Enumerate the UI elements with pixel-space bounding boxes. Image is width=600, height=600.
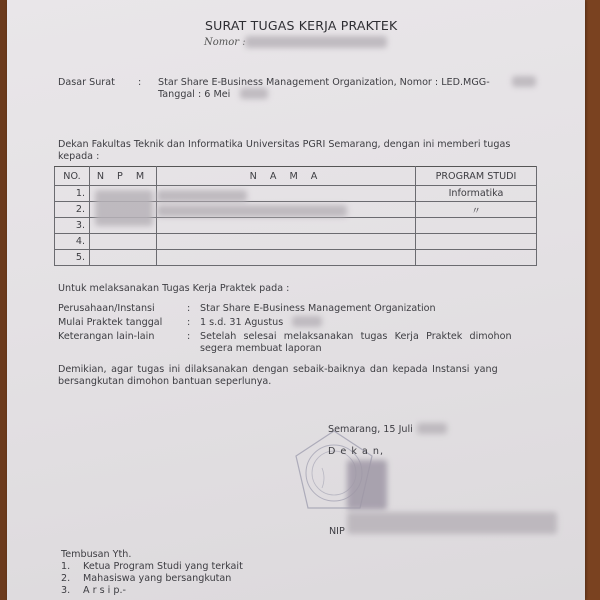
row-nama	[157, 250, 416, 266]
cc-item: A r s i p.-	[83, 585, 126, 596]
intro-line1: Dekan Fakultas Teknik dan Informatika Un…	[58, 139, 510, 150]
cc-item: Mahasiswa yang bersangkutan	[83, 573, 231, 584]
signature-place-date: Semarang, 15 Juli	[328, 424, 413, 435]
redacted-npm	[95, 190, 153, 226]
redacted-nomor-ref	[512, 76, 536, 87]
row-no: 5.	[55, 250, 90, 266]
redacted-nomor	[245, 36, 387, 48]
closing-line1: Demikian, agar tugas ini dilaksanakan de…	[58, 364, 498, 375]
redacted-name-nip	[347, 512, 557, 534]
dasar-surat-line1: Star Share E-Business Management Organiz…	[158, 77, 490, 88]
table-row: 4.	[55, 234, 537, 250]
row-no: 1.	[55, 186, 90, 202]
detail-sep: :	[187, 303, 190, 314]
closing-line2: bersangkutan dimohon bantuan seperlunya.	[58, 376, 271, 387]
cc-title: Tembusan Yth.	[61, 549, 131, 560]
task-intro: Untuk melaksanakan Tugas Kerja Praktek p…	[58, 283, 289, 294]
row-prodi: Informatika	[416, 186, 537, 202]
document-title: SURAT TUGAS KERJA PRAKTEK	[205, 18, 397, 33]
letter-paper: SURAT TUGAS KERJA PRAKTEK Nomor : Dasar …	[7, 0, 585, 600]
intro-line2: kepada :	[58, 151, 99, 162]
cc-item-no: 1.	[61, 561, 70, 572]
redacted-name-1	[157, 190, 247, 202]
nip-label: NIP	[329, 526, 345, 537]
detail-value-keterangan: Setelah selesai melaksanakan tugas Kerja…	[200, 331, 512, 342]
detail-label-mulai: Mulai Praktek tanggal	[58, 317, 162, 328]
row-no: 2.	[55, 202, 90, 218]
detail-value-perusahaan: Star Share E-Business Management Organiz…	[200, 303, 436, 314]
detail-sep: :	[187, 331, 190, 342]
table-header-row: NO. N P M N A M A PROGRAM STUDI	[55, 167, 537, 186]
cc-item: Ketua Program Studi yang terkait	[83, 561, 243, 572]
nomor-label: Nomor :	[204, 37, 246, 48]
dasar-surat-line2: Tanggal : 6 Mei	[158, 89, 230, 100]
cc-item-no: 2.	[61, 573, 70, 584]
detail-sep: :	[187, 317, 190, 328]
header-npm: N P M	[90, 167, 157, 186]
redacted-year	[417, 423, 447, 434]
row-npm	[90, 234, 157, 250]
dasar-surat-label: Dasar Surat	[58, 77, 115, 88]
detail-value-keterangan-2: segera membuat laporan	[200, 343, 322, 354]
header-program-studi: PROGRAM STUDI	[416, 167, 537, 186]
table-row: 5.	[55, 250, 537, 266]
row-prodi	[416, 218, 537, 234]
row-prodi: 〃	[416, 202, 537, 218]
row-no: 4.	[55, 234, 90, 250]
detail-label-perusahaan: Perusahaan/Instansi	[58, 303, 155, 314]
redacted-signature	[347, 460, 387, 510]
redacted-year	[240, 88, 268, 99]
detail-value-mulai: 1 s.d. 31 Agustus	[200, 317, 283, 328]
row-prodi	[416, 250, 537, 266]
row-prodi	[416, 234, 537, 250]
dasar-surat-separator: :	[138, 77, 141, 88]
row-nama	[157, 218, 416, 234]
row-npm	[90, 250, 157, 266]
cc-item-no: 3.	[61, 585, 70, 596]
signature-position: D e k a n,	[328, 446, 384, 457]
redacted-name-2	[157, 205, 347, 217]
header-no: NO.	[55, 167, 90, 186]
header-nama: N A M A	[157, 167, 416, 186]
detail-label-keterangan: Keterangan lain-lain	[58, 331, 154, 342]
row-nama	[157, 234, 416, 250]
row-no: 3.	[55, 218, 90, 234]
redacted-year	[292, 316, 322, 327]
